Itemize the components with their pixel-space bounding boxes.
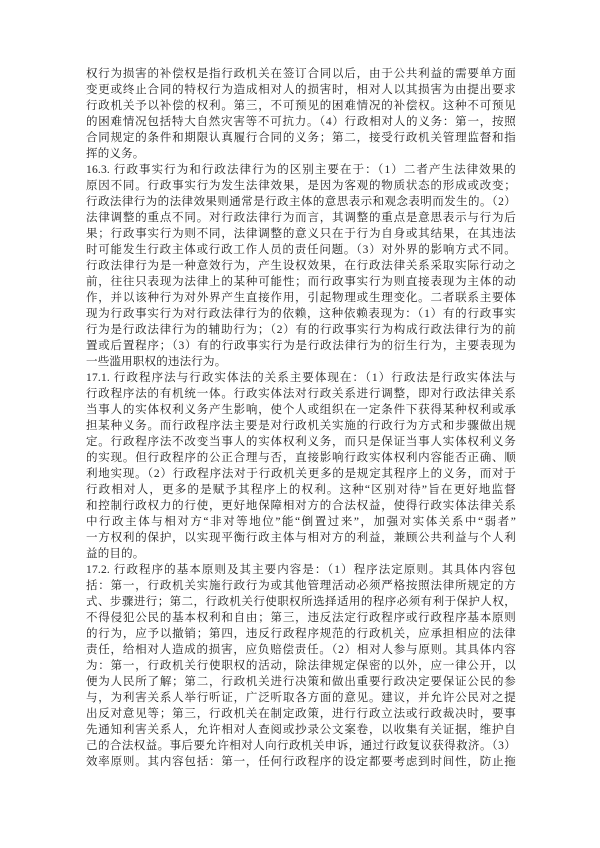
text-line: 益的目的。 xyxy=(86,546,516,562)
text-line: 17.1. 行政程序法与行政实体法的关系主要体现在：（1）行政法是行政实体法与 xyxy=(86,370,516,386)
text-line: 行政法律行为的法律效果则通常是行政主体的意思表示和观念表明而发生的。（2） xyxy=(86,194,516,210)
text-line: 出反对意见等；第三，行政机关在制定政策，进行行政立法或行政裁决时，要事 xyxy=(86,706,516,722)
text-line: 17.2. 行政程序的基本原则及其主要内容是：（1）程序法定原则。其具体内容包 xyxy=(86,562,516,578)
text-line: 法律调整的重点不同。对行政法律行为而言，其调整的重点是意思表示与行为后 xyxy=(86,210,516,226)
text-line: 合同规定的条件和期限认真履行合同的义务；第二，接受行政机关管理监督和指 xyxy=(86,130,516,146)
text-line: 挥的义务。 xyxy=(86,146,516,162)
document-page: 权行为损害的补偿权是指行政机关在签订合同以后，由于公共利益的需要单方面变更或终止… xyxy=(0,0,600,848)
text-line: 置或后置程序；（3）有的行政事实行为是行政法律行为的衍生行为，主要表现为 xyxy=(86,338,516,354)
text-line: 果；行政事实行为则不同，法律调整的意义只在于行为自身或其结果，在其违法 xyxy=(86,226,516,242)
text-line: 行政相对人，更多的是赋予其程序上的权利。这种“区别对待”旨在更好地监督 xyxy=(86,482,516,498)
text-line: 行政机关予以补偿的权利。第三，不可预见的困难情况的补偿权。这种不可预见 xyxy=(86,98,516,114)
document-text-block: 权行为损害的补偿权是指行政机关在签订合同以后，由于公共利益的需要单方面变更或终止… xyxy=(86,66,516,770)
text-line: 定。行政程序法不改变当事人的实体权利义务，而只是保证当事人实体权利义务 xyxy=(86,434,516,450)
text-line: 的困难情况包括特大自然灾害等不可抗力。（4）行政相对人的义务：第一，按照 xyxy=(86,114,516,130)
text-line: 作，并以该种行为对外界产生直接作用，引起物理或生理变化。二者联系主要体 xyxy=(86,290,516,306)
text-line: 为：第一，行政机关行使职权的活动，除法律规定保密的以外，应一律公开，以 xyxy=(86,658,516,674)
text-line: 中行政主体与相对方“非对等地位”能“倒置过来”，加强对实体关系中“弱者” xyxy=(86,514,516,530)
text-line: 变更或终止合同的特权行为造成相对人的损害时，相对人以其损害为由提出要求 xyxy=(86,82,516,98)
text-line: 一方权利的保护，以实现平衡行政主体与相对方的利益，兼顾公共利益与个人利 xyxy=(86,530,516,546)
text-line: 与，为利害关系人举行听证，广泛听取各方面的意见。建议，并允许公民对之提 xyxy=(86,690,516,706)
text-line: 行政程序法的有机统一体。行政实体法对行政关系进行调整，即对行政法律关系 xyxy=(86,386,516,402)
text-line: 己的合法权益。事后要允许相对人向行政机关申诉，通过行政复议获得救济。（3） xyxy=(86,738,516,754)
text-line: 担某种义务。而行政程序法主要是对行政机关实施的行政行为方式和步骤做出规 xyxy=(86,418,516,434)
text-line: 当事人的实体权利义务产生影响，使个人或组织在一定条件下获得某种权利或承 xyxy=(86,402,516,418)
text-line: 原因不同。行政事实行为发生法律效果，是因为客观的物质状态的形成或改变； xyxy=(86,178,516,194)
text-line: 效率原则。其内容包括：第一，任何行政程序的设定都要考虑到时间性，防止拖 xyxy=(86,754,516,770)
text-line: 不得侵犯公民的基本权利和自由；第三，违反法定行政程序或行政程序基本原则 xyxy=(86,610,516,626)
text-line: 责任，给相对人造成的损害，应负赔偿责任。（2）相对人参与原则。其具体内容 xyxy=(86,642,516,658)
text-line: 和控制行政权力的行使，更好地保障相对方的合法权益，使得行政实体法律关系 xyxy=(86,498,516,514)
text-line: 时可能发生行政主体或行政工作人员的责任问题。（3）对外界的影响方式不同。 xyxy=(86,242,516,258)
text-line: 的实现。但行政程序的公正合理与否，直接影响行政实体权利内容能否正确、顺 xyxy=(86,450,516,466)
text-line: 权行为损害的补偿权是指行政机关在签订合同以后，由于公共利益的需要单方面 xyxy=(86,66,516,82)
text-line: 利地实现。（2）行政程序法对于行政机关更多的是规定其程序上的义务，而对于 xyxy=(86,466,516,482)
text-line: 括：第一，行政机关实施行政行为或其他管理活动必须严格按照法律所规定的方 xyxy=(86,578,516,594)
text-line: 一些滥用职权的违法行为。 xyxy=(86,354,516,370)
text-line: 现为行政事实行为对行政法律行为的依赖，这种依赖表现为：（1）有的行政事实 xyxy=(86,306,516,322)
text-line: 的行为，应予以撤销；第四，违反行政程序规范的行政机关，应承担相应的法律 xyxy=(86,626,516,642)
text-line: 前，往往只表现为法律上的某种可能性；而行政事实行为则直接表现为主体的动 xyxy=(86,274,516,290)
text-line: 行政法律行为是一种意效行为，产生设权效果，在行政法律关系采取实际行动之 xyxy=(86,258,516,274)
text-line: 16.3. 行政事实行为和行政法律行为的区别主要在于：（1）二者产生法律效果的 xyxy=(86,162,516,178)
text-line: 先通知利害关系人，允许相对人查阅或抄录公文案卷，以收集有关证据，维护自 xyxy=(86,722,516,738)
text-line: 式、步骤进行；第二，行政机关行使职权所选择适用的程序必须有利于保护人权， xyxy=(86,594,516,610)
text-line: 行为是行政法律行为的辅助行为；（2）有的行政事实行为构成行政法律行为的前 xyxy=(86,322,516,338)
text-line: 便为人民所了解；第二，行政机关进行决策和做出重要行政决定要保证公民的参 xyxy=(86,674,516,690)
